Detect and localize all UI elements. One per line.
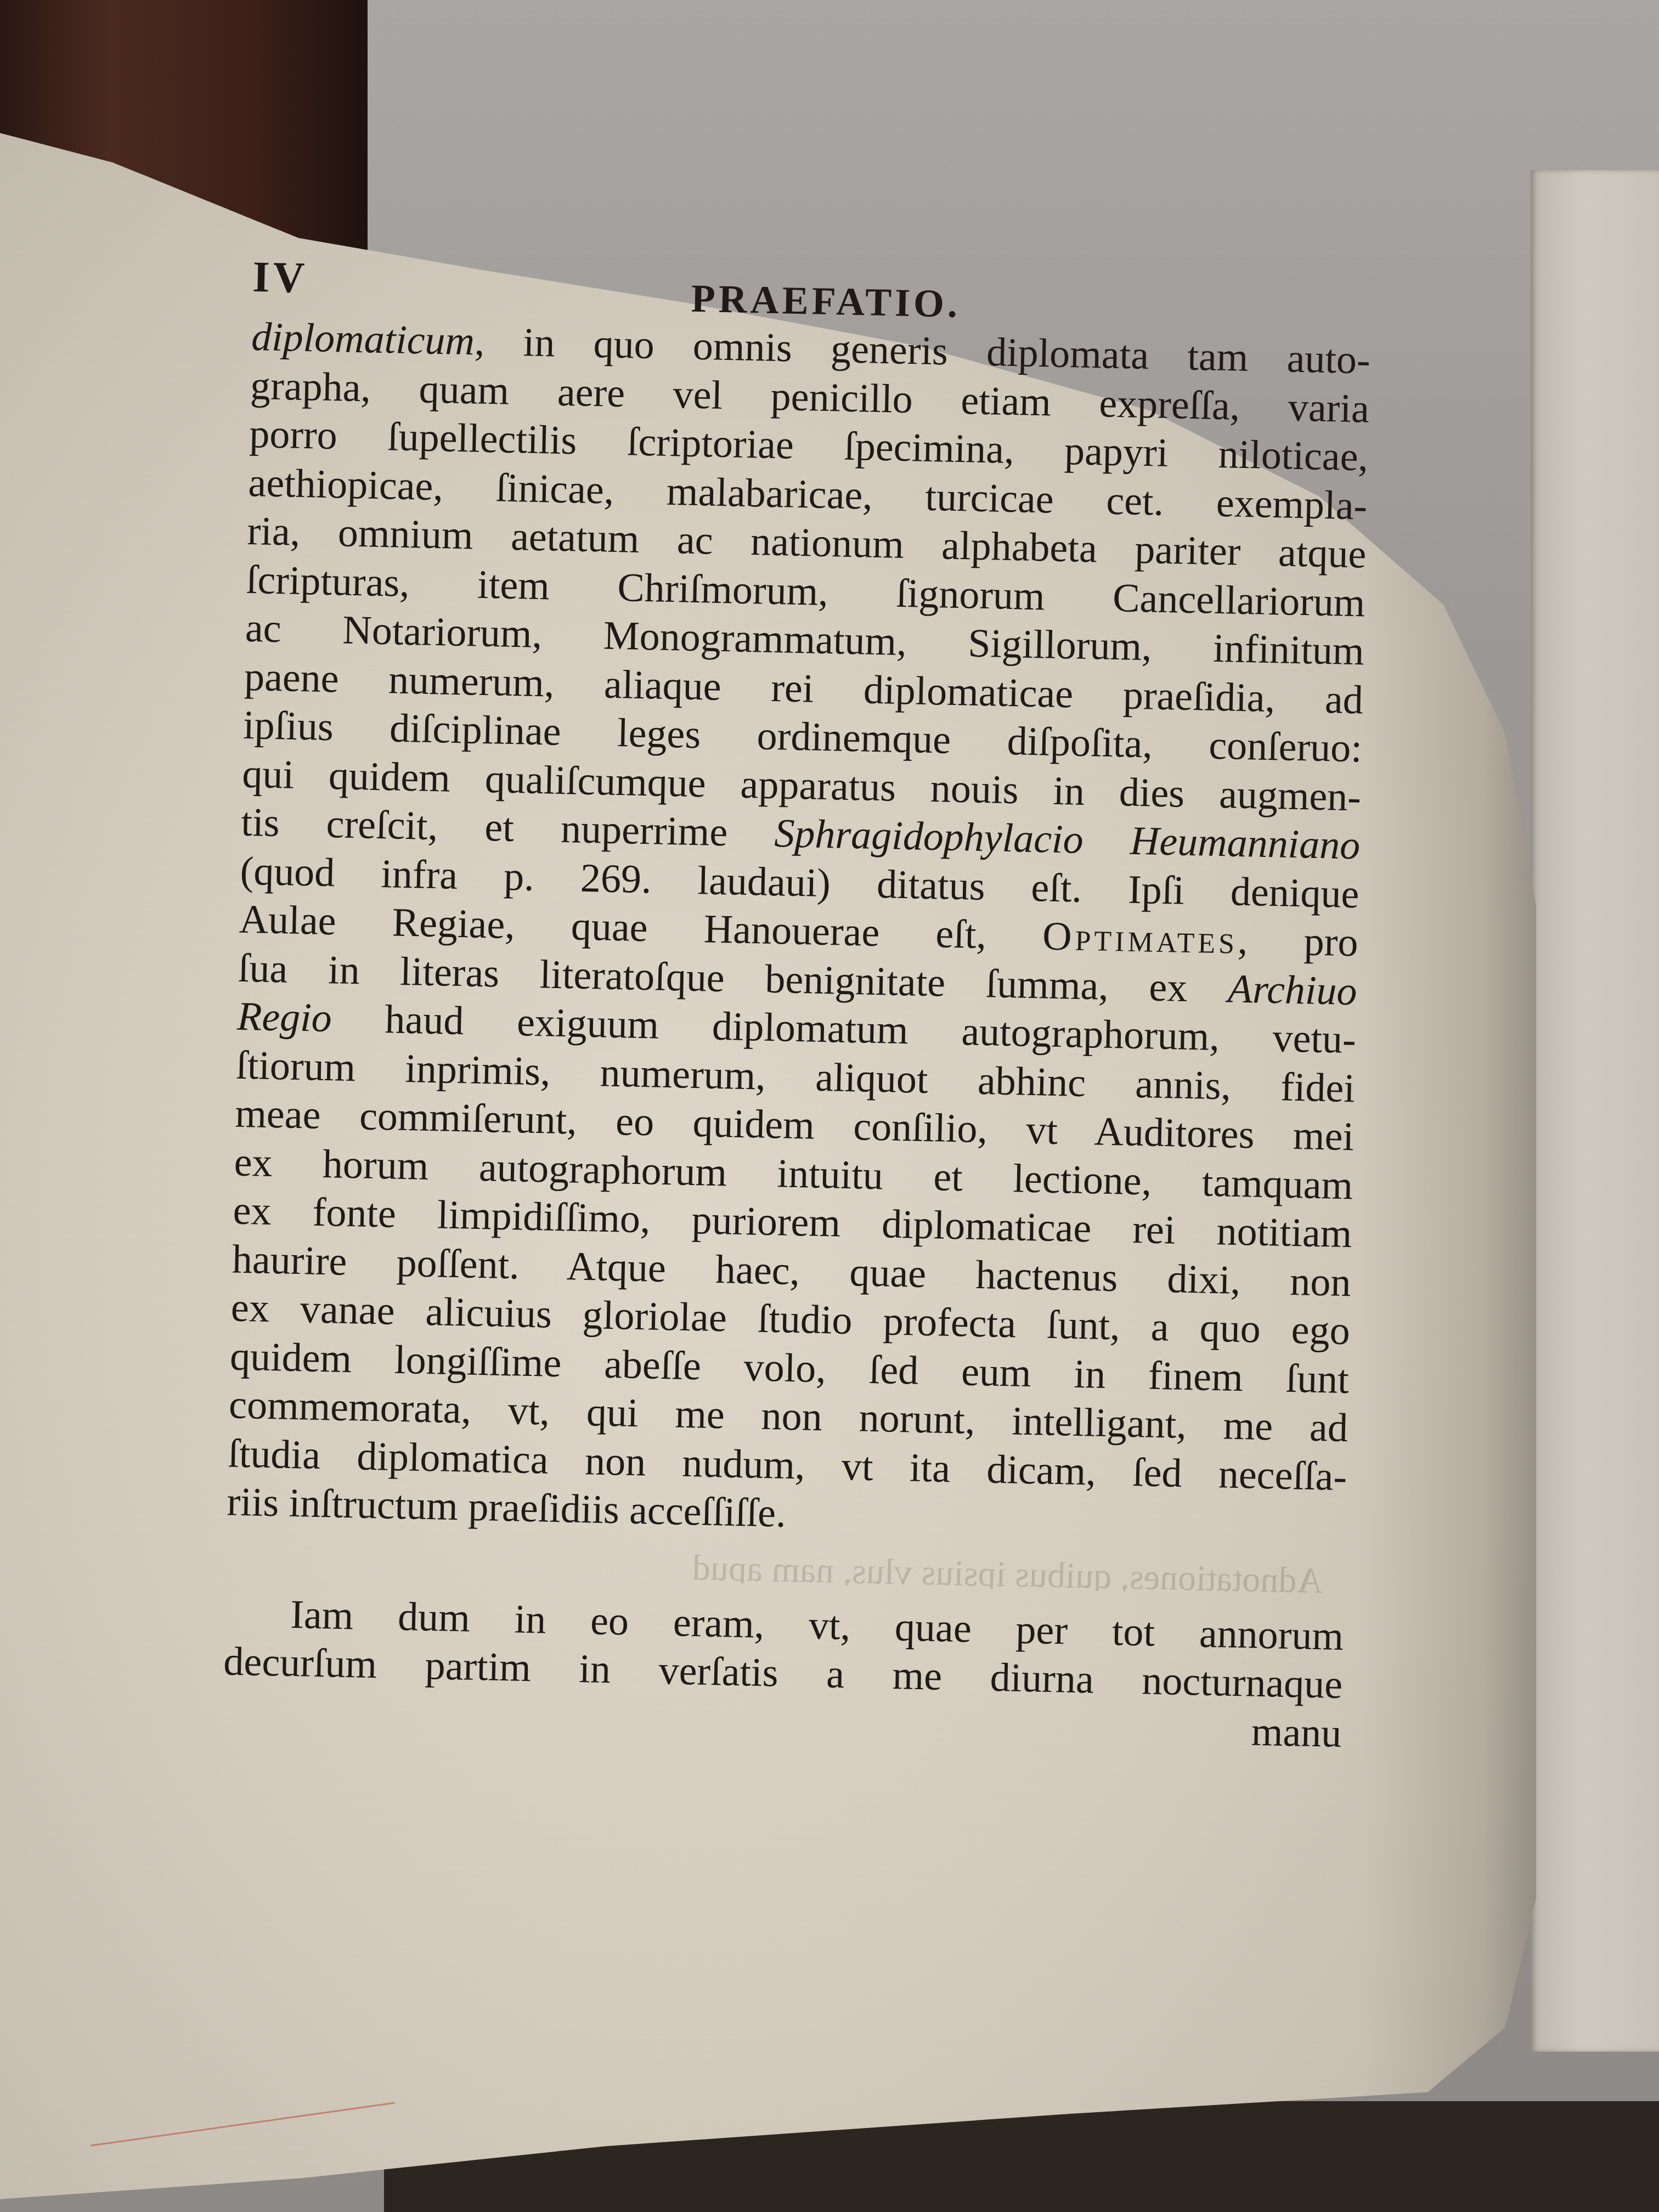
page-number: IV: [252, 252, 308, 303]
next-page-edge: [1531, 170, 1659, 2052]
styled-text: Regio: [236, 994, 332, 1041]
paragraph-1: diplomaticum, in quo omnis generis diplo…: [227, 313, 1376, 1550]
text-run: riis inſtructum praeſidiis acceſſiſſe.: [227, 1480, 787, 1536]
text-block: IV PRAEFATIO. diplomaticum, in quo omnis…: [222, 236, 1378, 1758]
text-run: , pro: [1237, 918, 1358, 966]
styled-text: Archiuo: [1227, 966, 1357, 1014]
running-title: PRAEFATIO.: [691, 276, 961, 327]
styled-text: Optimates: [1042, 913, 1238, 962]
styled-text: diplomaticum: [251, 314, 475, 364]
text-run: tis creſcit, et nuperrime: [241, 800, 775, 856]
